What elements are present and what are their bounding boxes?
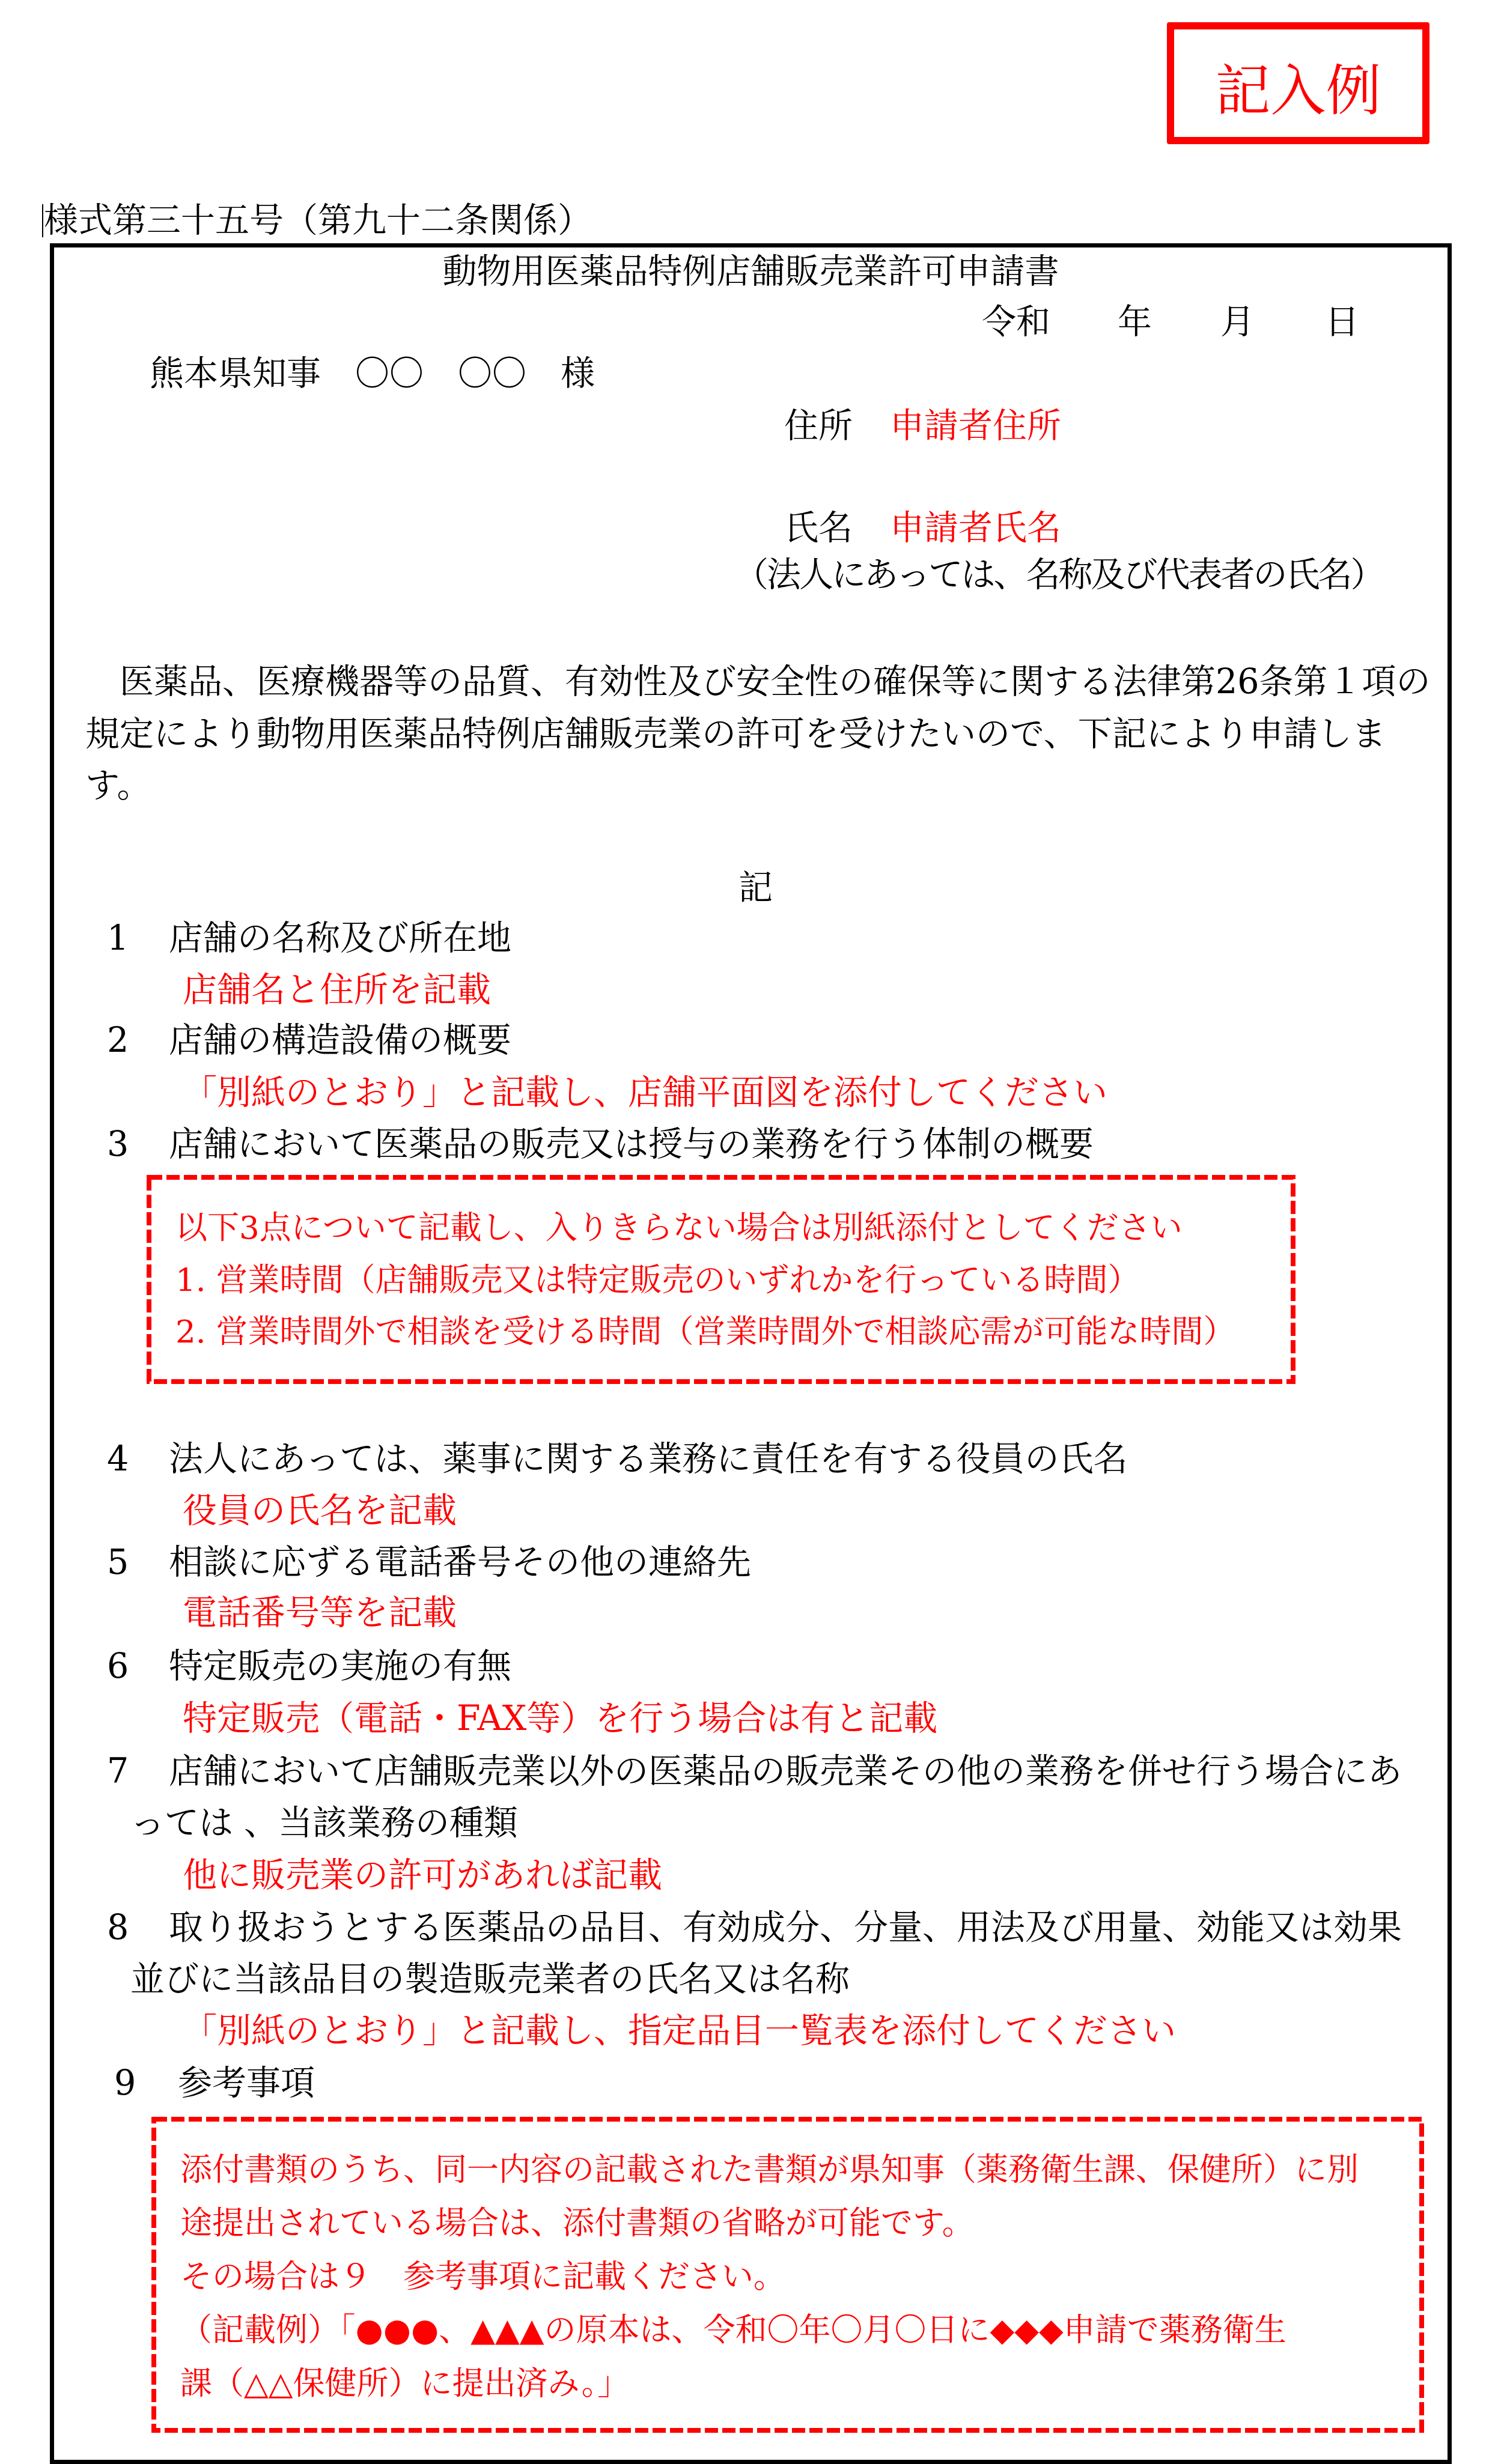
date-month-label: 月 (1220, 305, 1255, 339)
item-text: 店舗において医薬品の販売又は授与の業務を行う体制の概要 (169, 1127, 1094, 1162)
item-number: 8 (107, 1911, 129, 1945)
item-number: 3 (107, 1127, 129, 1162)
item-example: 他に販売業の許可があれば記載 (183, 1859, 662, 1893)
ki-heading: 記 (738, 871, 773, 905)
item-number: 2 (107, 1024, 129, 1058)
guidance-line: 1. 営業時間（店舗販売又は特定販売のいずれかを行っている時間） (175, 1264, 1139, 1296)
guidance-line: 課（△△保健所）に提出済み。」 (180, 2368, 629, 2400)
name-label: 氏名 (784, 511, 853, 545)
body-line: 医薬品、医療機器等の品質、有効性及び安全性の確保等に関する法律第26条第１項の (120, 665, 1431, 699)
item-number: 1 (107, 921, 129, 956)
item-text: 店舗の構造設備の概要 (169, 1024, 511, 1058)
item-number: 5 (107, 1546, 129, 1580)
addressee-surname: 〇〇 (355, 357, 424, 391)
item-text: 特定販売の実施の有無 (169, 1649, 511, 1684)
item-example: 「別紙のとおり」と記載し、指定品目一覧表を添付してください (183, 2014, 1176, 2048)
addressee-honorific: 様 (561, 357, 595, 391)
item-text: 相談に応ずる電話番号その他の連絡先 (169, 1546, 751, 1580)
item-example: 役員の氏名を記載 (183, 1494, 457, 1528)
text-cursor (42, 204, 43, 237)
item-number: 4 (107, 1442, 129, 1476)
item-number: 6 (107, 1649, 129, 1684)
name-value: 申請者氏名 (890, 511, 1061, 545)
item-example: 「別紙のとおり」と記載し、店舗平面図を添付してください (183, 1076, 1107, 1110)
date-era: 令和 (982, 305, 1050, 339)
item-example: 電話番号等を記載 (183, 1596, 457, 1630)
date-year-label: 年 (1118, 305, 1152, 339)
document-title: 動物用医薬品特例店舗販売業許可申請書 (50, 255, 1452, 289)
body-line: す。 (85, 769, 151, 803)
item-text: 店舗の名称及び所在地 (169, 921, 511, 956)
stamp-label: 記入例 (1174, 64, 1422, 119)
name-note: （法人にあっては、名称及び代表者の氏名） (734, 558, 1383, 592)
item-text: 店舗において店舗販売業以外の医薬品の販売業その他の業務を併せ行う場合にあ (169, 1755, 1402, 1789)
guidance-line: 以下3点について記載し、入りきらない場合は別紙添付としてください (175, 1212, 1183, 1244)
address-label: 住所 (784, 409, 853, 443)
addressee-office: 熊本県知事 (150, 357, 321, 391)
guidance-line: 添付書類のうち、同一内容の記載された書類が県知事（薬務衛生課、保健所）に別 (180, 2154, 1359, 2186)
item-text: 参考事項 (178, 2066, 315, 2101)
guidance-line: その場合は９ 参考事項に記載ください。 (180, 2261, 785, 2293)
item-text: 取り扱おうとする医薬品の品目、有効成分、分量、用法及び用量、効能又は効果 (169, 1911, 1402, 1945)
item-number: 9 (114, 2066, 136, 2101)
addressee-given-name: 〇〇 (458, 357, 526, 391)
form-number: 様式第三十五号（第九十二条関係） (44, 204, 592, 238)
guidance-line: 2. 営業時間外で相談を受ける時間（営業時間外で相談応需が可能な時間） (175, 1316, 1235, 1348)
item-text-continued: 並びに当該品目の製造販売業者の氏名又は名称 (130, 1962, 850, 1997)
item-example: 店舗名と住所を記載 (183, 973, 491, 1007)
item-example: 特定販売（電話・FAX等）を行う場合は有と記載 (183, 1702, 937, 1736)
address-value: 申請者住所 (890, 409, 1061, 443)
item-text-continued: っては 、当該業務の種類 (130, 1806, 518, 1840)
guidance-line: 途提出されている場合は、添付書類の省略が可能です。 (180, 2208, 974, 2239)
sample-stamp: 記入例 (1167, 22, 1429, 144)
date-day-label: 日 (1325, 305, 1359, 339)
item-text: 法人にあっては、薬事に関する業務に責任を有する役員の氏名 (169, 1442, 1127, 1476)
item-number: 7 (107, 1755, 129, 1789)
guidance-line: （記載例）「●●●、▲▲▲の原本は、令和〇年〇月〇日に◆◆◆申請で薬務衛生 (180, 2314, 1286, 2346)
body-line: 規定により動物用医薬品特例店舗販売業の許可を受けたいので、下記により申請しま (85, 717, 1386, 751)
